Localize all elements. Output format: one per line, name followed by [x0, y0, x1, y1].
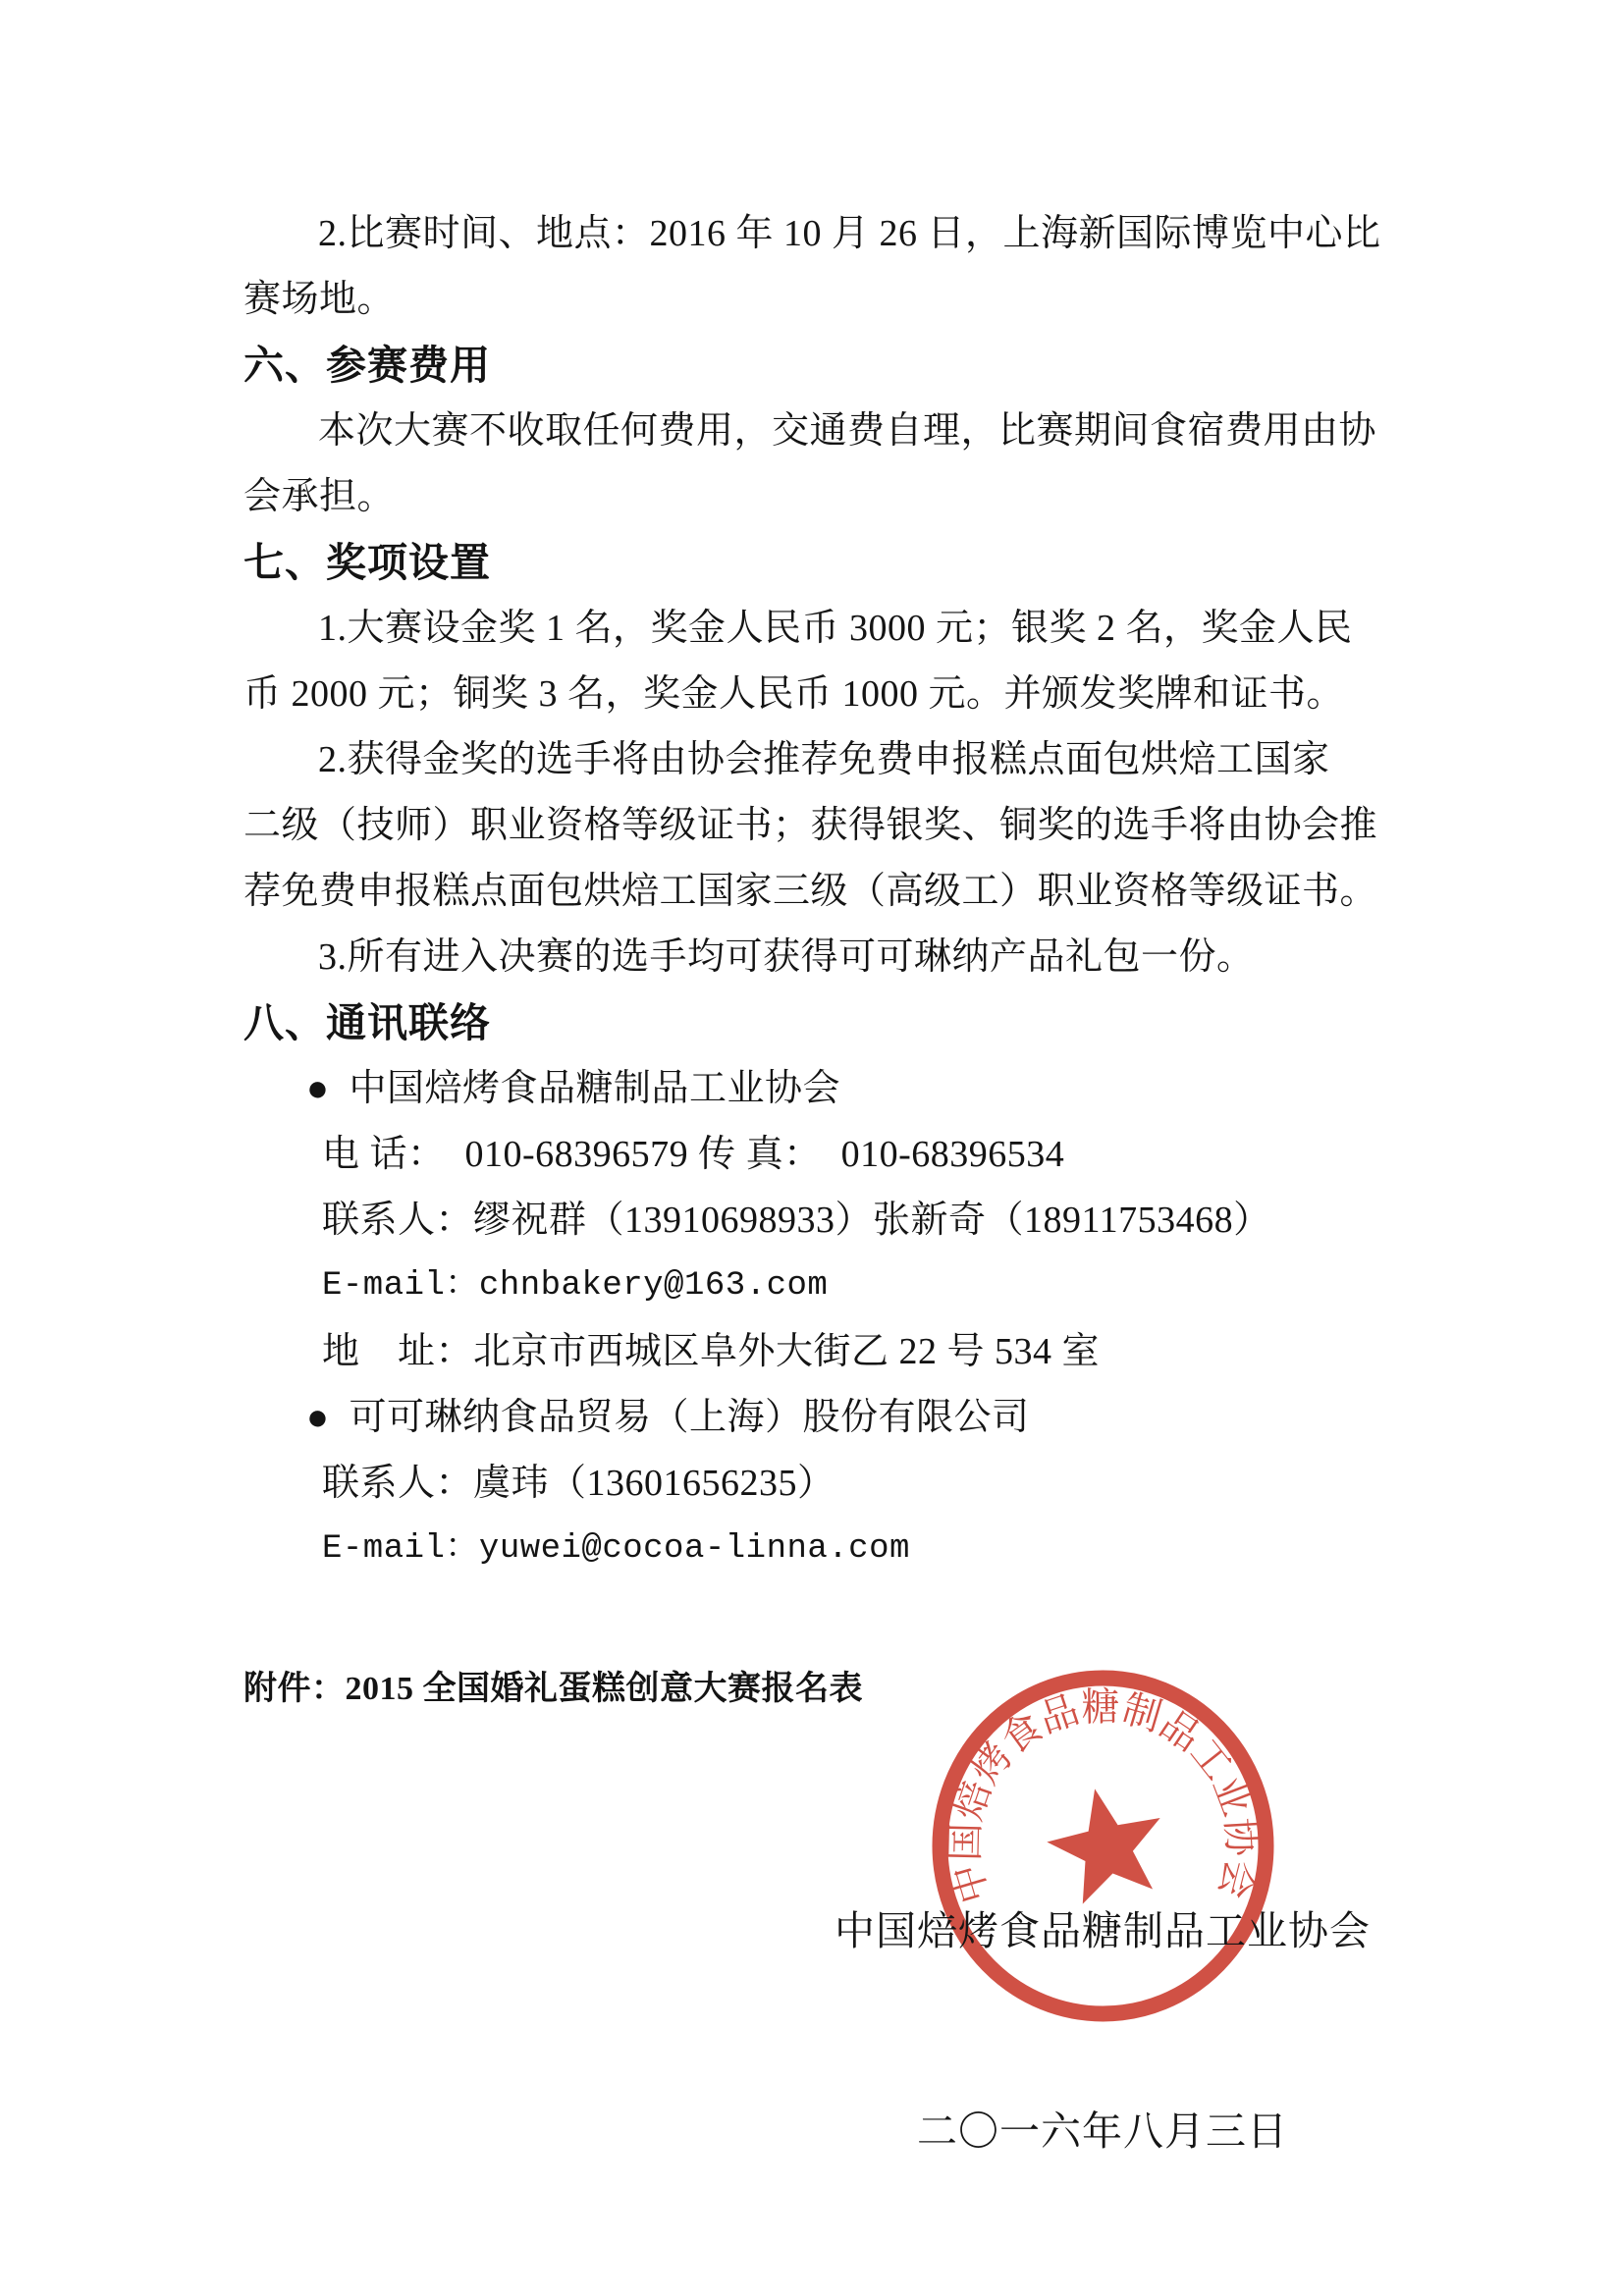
- body-line: 币 2000 元；铜奖 3 名，奖金人民币 1000 元。并颁发奖牌和证书。: [243, 662, 1360, 727]
- body-line: 荐免费申报糕点面包烘焙工国家三级（高级工）职业资格等级证书。: [243, 859, 1360, 925]
- document-body: 2.比赛时间、地点：2016 年 10 月 26 日，上海新国际博览中心比赛场地…: [0, 0, 1616, 1722]
- blank-line: [243, 1582, 1360, 1648]
- body-line: 3.所有进入决赛的选手均可获得可可琳纳产品礼包一份。: [243, 925, 1434, 990]
- bullet-item-association: ● 中国焙烤食品糖制品工业协会: [243, 1056, 1423, 1122]
- body-line: 2.比赛时间、地点：2016 年 10 月 26 日，上海新国际博览中心比: [243, 201, 1434, 267]
- body-line: 本次大赛不收取任何费用，交通费自理，比赛期间食宿费用由协: [243, 399, 1434, 464]
- contact-person-line: 联系人：缪祝群（13910698933）张新奇（18911753468）: [243, 1188, 1438, 1254]
- email-line: E-mail：chnbakery@163.com: [243, 1254, 1438, 1319]
- address-line: 地 址：北京市西城区阜外大街乙 22 号 534 室: [243, 1319, 1438, 1385]
- section-heading-awards: 七、奖项设置: [243, 530, 1360, 596]
- email-line: E-mail：yuwei@cocoa-linna.com: [243, 1517, 1438, 1582]
- signature-date: 二〇一六年八月三日: [779, 2098, 1427, 2164]
- signature-org: 中国焙烤食品糖制品工业协会: [779, 1897, 1427, 1964]
- phone-fax-line: 电 话： 010-68396579 传 真： 010-68396534: [243, 1122, 1438, 1188]
- document-page: 2.比赛时间、地点：2016 年 10 月 26 日，上海新国际博览中心比赛场地…: [0, 0, 1616, 2296]
- signature-block: 中国焙烤食品糖制品工业协会 二〇一六年八月三日: [779, 1764, 1427, 2296]
- section-heading-contact: 八、通讯联络: [243, 990, 1360, 1056]
- section-heading-fees: 六、参赛费用: [243, 333, 1360, 399]
- bullet-item-company: ● 可可琳纳食品贸易（上海）股份有限公司: [243, 1385, 1423, 1451]
- body-line: 2.获得金奖的选手将由协会推荐免费申报糕点面包烘焙工国家: [243, 727, 1434, 793]
- body-line: 会承担。: [243, 464, 1360, 530]
- body-line: 二级（技师）职业资格等级证书；获得银奖、铜奖的选手将由协会推: [243, 793, 1360, 859]
- contact-person-line: 联系人：虞玮（13601656235）: [243, 1451, 1438, 1517]
- body-line: 赛场地。: [243, 267, 1360, 333]
- body-line: 1.大赛设金奖 1 名，奖金人民币 3000 元；银奖 2 名，奖金人民: [243, 596, 1434, 662]
